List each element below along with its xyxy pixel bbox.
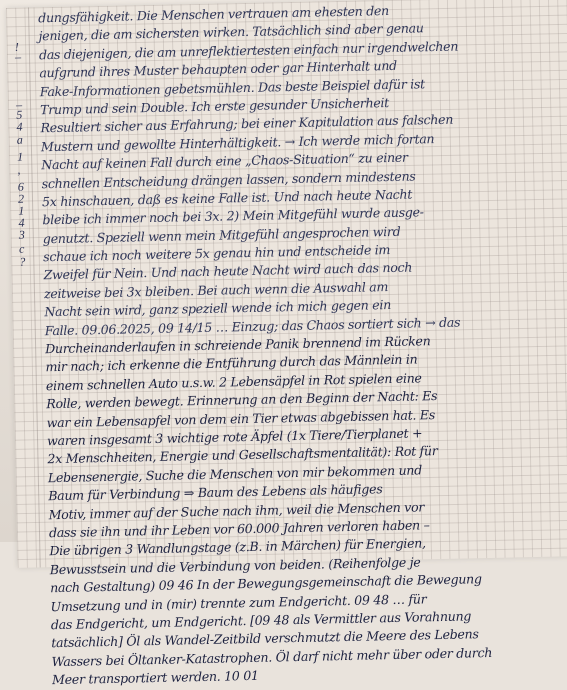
handwritten-text-body: dungsfähigkeit. Die Menschen vertrauen a… <box>38 0 567 542</box>
margin-mark: – <box>15 50 21 65</box>
margin-mark: 3 <box>19 228 25 243</box>
margin-mark: a <box>17 133 23 148</box>
margin-mark: ? <box>19 255 25 270</box>
margin-mark: , <box>17 163 20 178</box>
notebook-page: !––54a1,62143c? dungsfähigkeit. Die Mens… <box>6 0 567 542</box>
